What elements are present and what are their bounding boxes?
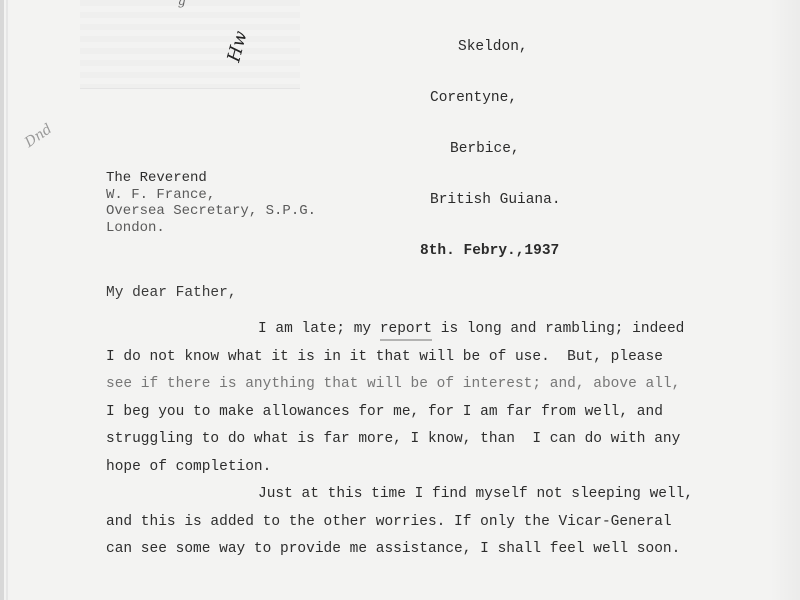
- salutation: My dear Father,: [106, 285, 237, 301]
- address-line: Berbice,: [414, 141, 561, 158]
- page-edge-line: [6, 0, 8, 600]
- body-text-segment: I am late; my: [258, 321, 380, 337]
- underlined-word: report: [380, 321, 432, 341]
- recipient-line: Oversea Secretary, S.P.G.: [106, 203, 316, 220]
- recipient-address: The Reverend W. F. France, Oversea Secre…: [106, 170, 316, 236]
- body-line: struggling to do what is far more, I kno…: [106, 426, 796, 454]
- body-line: I am late; my report is long and ramblin…: [106, 316, 796, 344]
- address-line: British Guiana.: [414, 192, 561, 209]
- address-line: Skeldon,: [414, 39, 561, 56]
- letter-body: I am late; my report is long and ramblin…: [106, 316, 796, 564]
- body-line: can see some way to provide me assistanc…: [106, 536, 796, 564]
- letter-date: 8th. Febry.,1937: [414, 243, 561, 260]
- body-line: I beg you to make allowances for me, for…: [106, 399, 796, 427]
- bleed-through-stamp: [80, 0, 300, 89]
- sender-address: Skeldon, Corentyne, Berbice, British Gui…: [414, 5, 561, 294]
- handwritten-margin-note: Dnd: [22, 121, 55, 151]
- letter-page: g Hw Dnd Skeldon, Corentyne, Berbice, Br…: [0, 0, 800, 600]
- body-line: see if there is anything that will be of…: [106, 371, 796, 399]
- address-line: Corentyne,: [414, 90, 561, 107]
- recipient-line: London.: [106, 220, 316, 237]
- recipient-line: The Reverend: [106, 170, 316, 187]
- body-line: and this is added to the other worries. …: [106, 509, 796, 537]
- recipient-line: W. F. France,: [106, 187, 316, 204]
- handwritten-top-mark: g: [178, 0, 186, 8]
- body-line: I do not know what it is in it that will…: [106, 344, 796, 372]
- body-line: Just at this time I find myself not slee…: [106, 481, 796, 509]
- body-text-segment: is long and rambling; indeed: [432, 321, 684, 337]
- body-line: hope of completion.: [106, 454, 796, 482]
- page-edge-shadow: [0, 0, 4, 600]
